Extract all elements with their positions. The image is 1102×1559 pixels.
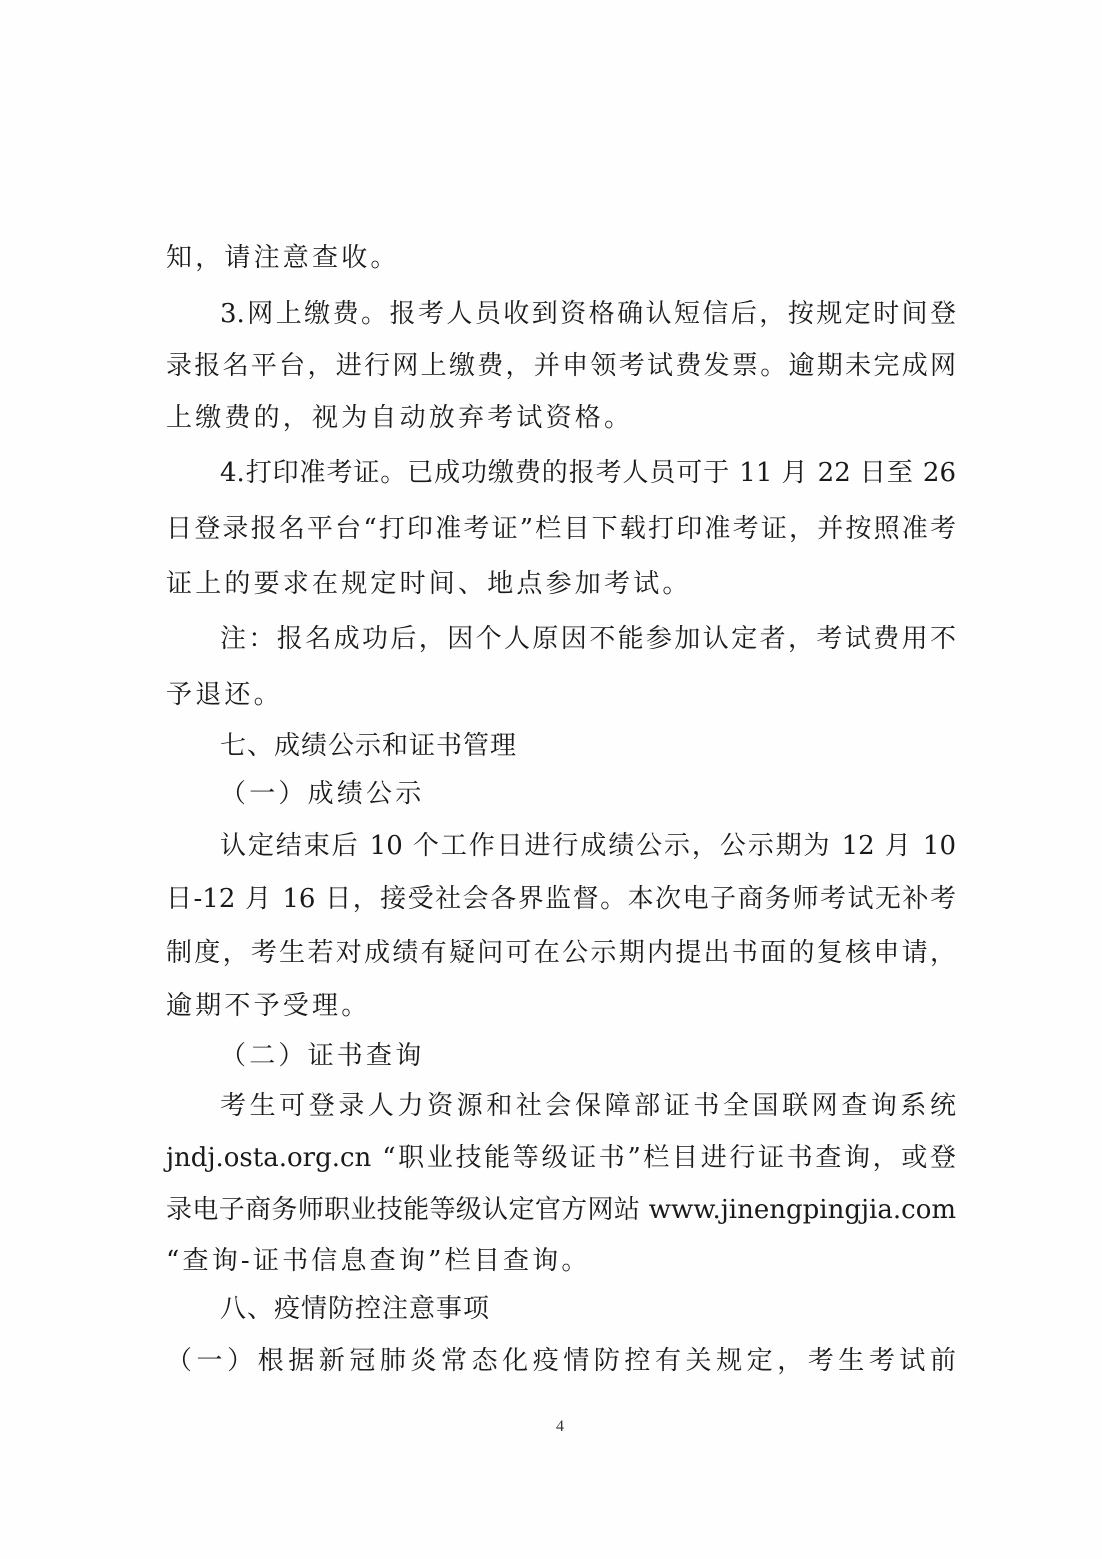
- text-line: 考生可登录人力资源和社会保障部证书全国联网查询系统: [220, 1090, 956, 1122]
- document-page: 知，请注意查收。3.网上缴费。报考人员收到资格确认短信后，按规定时间登录报名平台…: [0, 0, 1102, 1559]
- text-line: 日-12 月 16 日，接受社会各界监督。本次电子商务师考试无补考: [166, 883, 956, 915]
- text-line: “查询-证书信息查询”栏目查询。: [166, 1245, 956, 1277]
- text-line: 证上的要求在规定时间、地点参加考试。: [166, 568, 956, 600]
- section-heading: 七、成绩公示和证书管理: [220, 730, 956, 762]
- text-line: jndj.osta.org.cn “职业技能等级证书”栏目进行证书查询，或登: [166, 1142, 956, 1174]
- text-line: 逾期不予受理。: [166, 990, 956, 1022]
- text-line: （一）根据新冠肺炎常态化疫情防控有关规定，考生考试前: [166, 1345, 956, 1377]
- text-line: 日登录报名平台“打印准考证”栏目下载打印准考证，并按照准考: [166, 513, 956, 545]
- text-line: （一）成绩公示: [220, 778, 956, 810]
- text-line: 认定结束后 10 个工作日进行成绩公示，公示期为 12 月 10: [220, 830, 956, 862]
- page-number: 4: [545, 1418, 575, 1436]
- text-line: 上缴费的，视为自动放弃考试资格。: [166, 402, 956, 434]
- text-line: 制度，考生若对成绩有疑问可在公示期内提出书面的复核申请，: [166, 937, 956, 969]
- section-heading: 八、疫情防控注意事项: [220, 1293, 956, 1325]
- text-line: 知，请注意查收。: [166, 242, 956, 274]
- text-line: 3.网上缴费。报考人员收到资格确认短信后，按规定时间登: [220, 298, 956, 330]
- text-line: 4.打印准考证。已成功缴费的报考人员可于 11 月 22 日至 26: [220, 457, 956, 489]
- text-line: 录报名平台，进行网上缴费，并申领考试费发票。逾期未完成网: [166, 350, 956, 382]
- text-line: 录电子商务师职业技能等级认定官方网站 www.jinengpingjia.com: [166, 1194, 956, 1226]
- text-line: 注：报名成功后，因个人原因不能参加认定者，考试费用不: [220, 623, 956, 655]
- text-line: 予退还。: [166, 679, 956, 711]
- text-line: （二）证书查询: [220, 1040, 956, 1072]
